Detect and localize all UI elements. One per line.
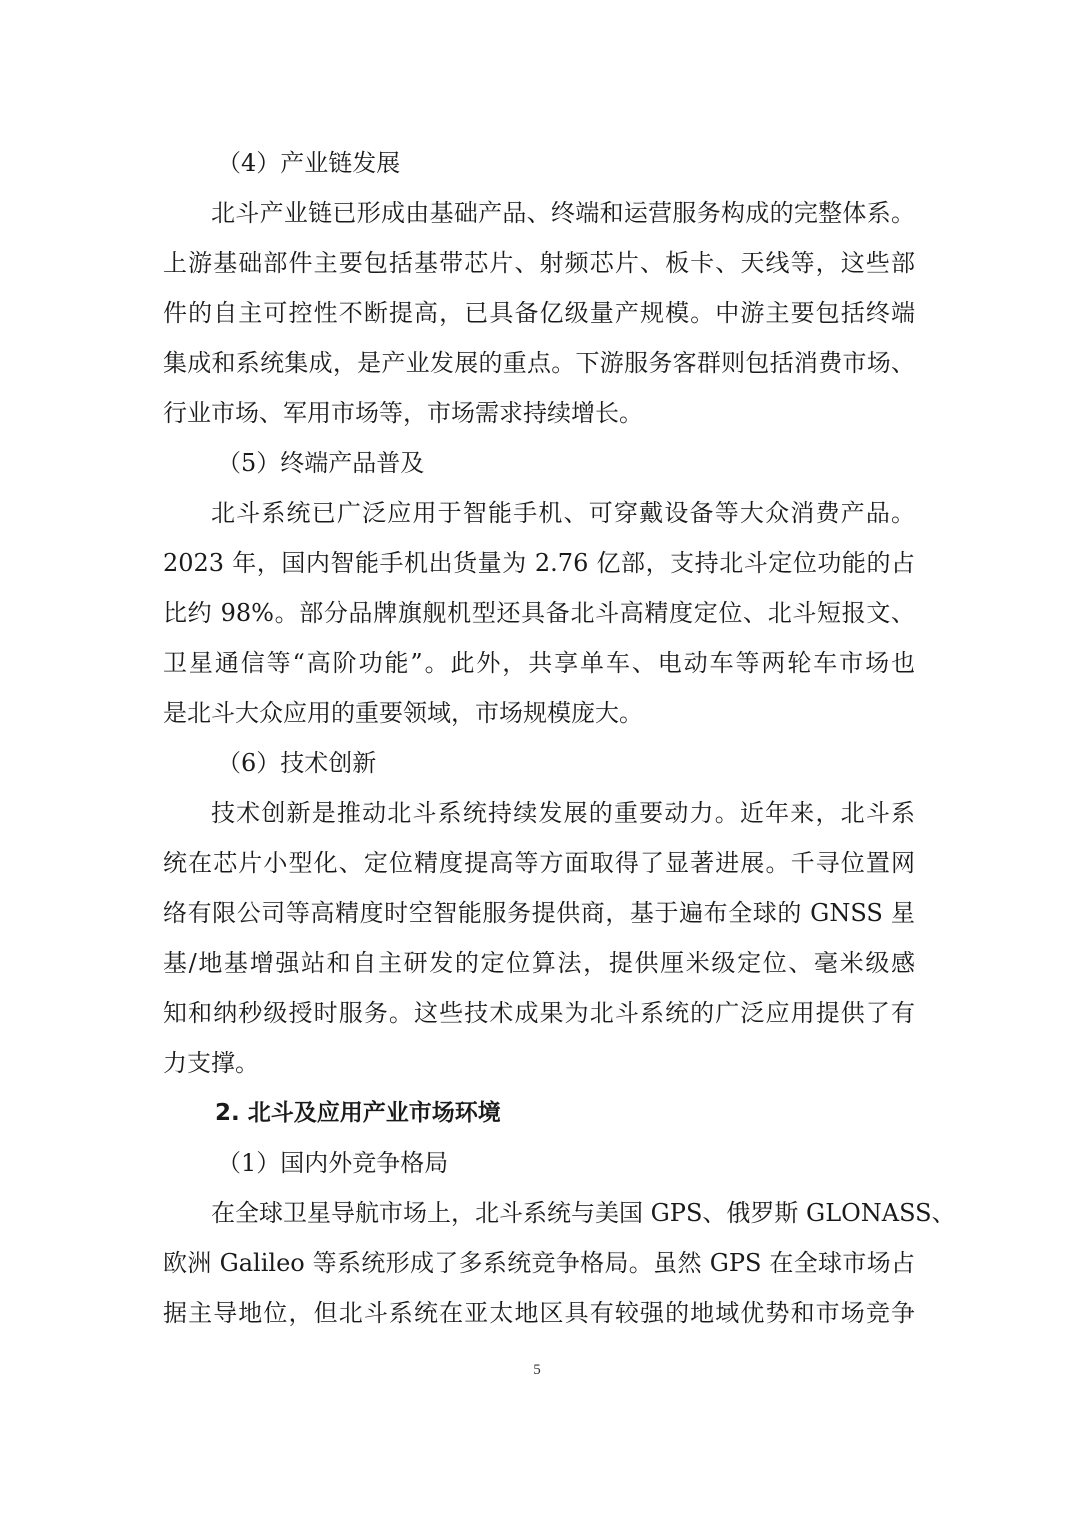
subheading-competition: （1）国内外竞争格局 (217, 1138, 448, 1188)
paragraph-line: 据主导地位，但北斗系统在亚太地区具有较强的地域优势和市场竞争 (163, 1288, 915, 1338)
paragraph-line: 北斗产业链已形成由基础产品、终端和运营服务构成的完整体系。 (211, 188, 915, 238)
subheading-terminal-products: （5）终端产品普及 (217, 438, 424, 488)
paragraph-line: 统在芯片小型化、定位精度提高等方面取得了显著进展。千寻位置网 (163, 838, 915, 888)
paragraph-line: 基/地基增强站和自主研发的定位算法，提供厘米级定位、毫米级感 (163, 938, 915, 988)
paragraph-line: 卫星通信等“高阶功能”。此外，共享单车、电动车等两轮车市场也 (163, 638, 915, 688)
subheading-tech-innovation: （6）技术创新 (217, 738, 376, 788)
paragraph-line: 欧洲 Galileo 等系统形成了多系统竞争格局。虽然 GPS 在全球市场占 (163, 1238, 915, 1288)
paragraph-line: 2023 年，国内智能手机出货量为 2.76 亿部，支持北斗定位功能的占 (163, 538, 915, 588)
paragraph-line: 上游基础部件主要包括基带芯片、射频芯片、板卡、天线等，这些部 (163, 238, 915, 288)
paragraph-line: 比约 98%。部分品牌旗舰机型还具备北斗高精度定位、北斗短报文、 (163, 588, 915, 638)
paragraph-line: 集成和系统集成，是产业发展的重点。下游服务客群则包括消费市场、 (163, 338, 915, 388)
paragraph-line: 是北斗大众应用的重要领域，市场规模庞大。 (163, 688, 643, 738)
paragraph-line: 知和纳秒级授时服务。这些技术成果为北斗系统的广泛应用提供了有 (163, 988, 915, 1038)
paragraph-line: 络有限公司等高精度时空智能服务提供商，基于遍布全球的 GNSS 星 (163, 888, 915, 938)
page-number: 5 (0, 1362, 1074, 1379)
section-heading-market-environment: 2. 北斗及应用产业市场环境 (215, 1088, 501, 1138)
subheading-industry-chain: （4）产业链发展 (217, 138, 400, 188)
paragraph-line: 在全球卫星导航市场上，北斗系统与美国 GPS、俄罗斯 GLONASS、 (211, 1188, 915, 1238)
paragraph-line: 技术创新是推动北斗系统持续发展的重要动力。近年来，北斗系 (211, 788, 915, 838)
paragraph-line: 力支撑。 (163, 1038, 259, 1088)
paragraph-line: 行业市场、军用市场等，市场需求持续增长。 (163, 388, 643, 438)
paragraph-line: 件的自主可控性不断提高，已具备亿级量产规模。中游主要包括终端 (163, 288, 915, 338)
paragraph-line: 北斗系统已广泛应用于智能手机、可穿戴设备等大众消费产品。 (211, 488, 915, 538)
